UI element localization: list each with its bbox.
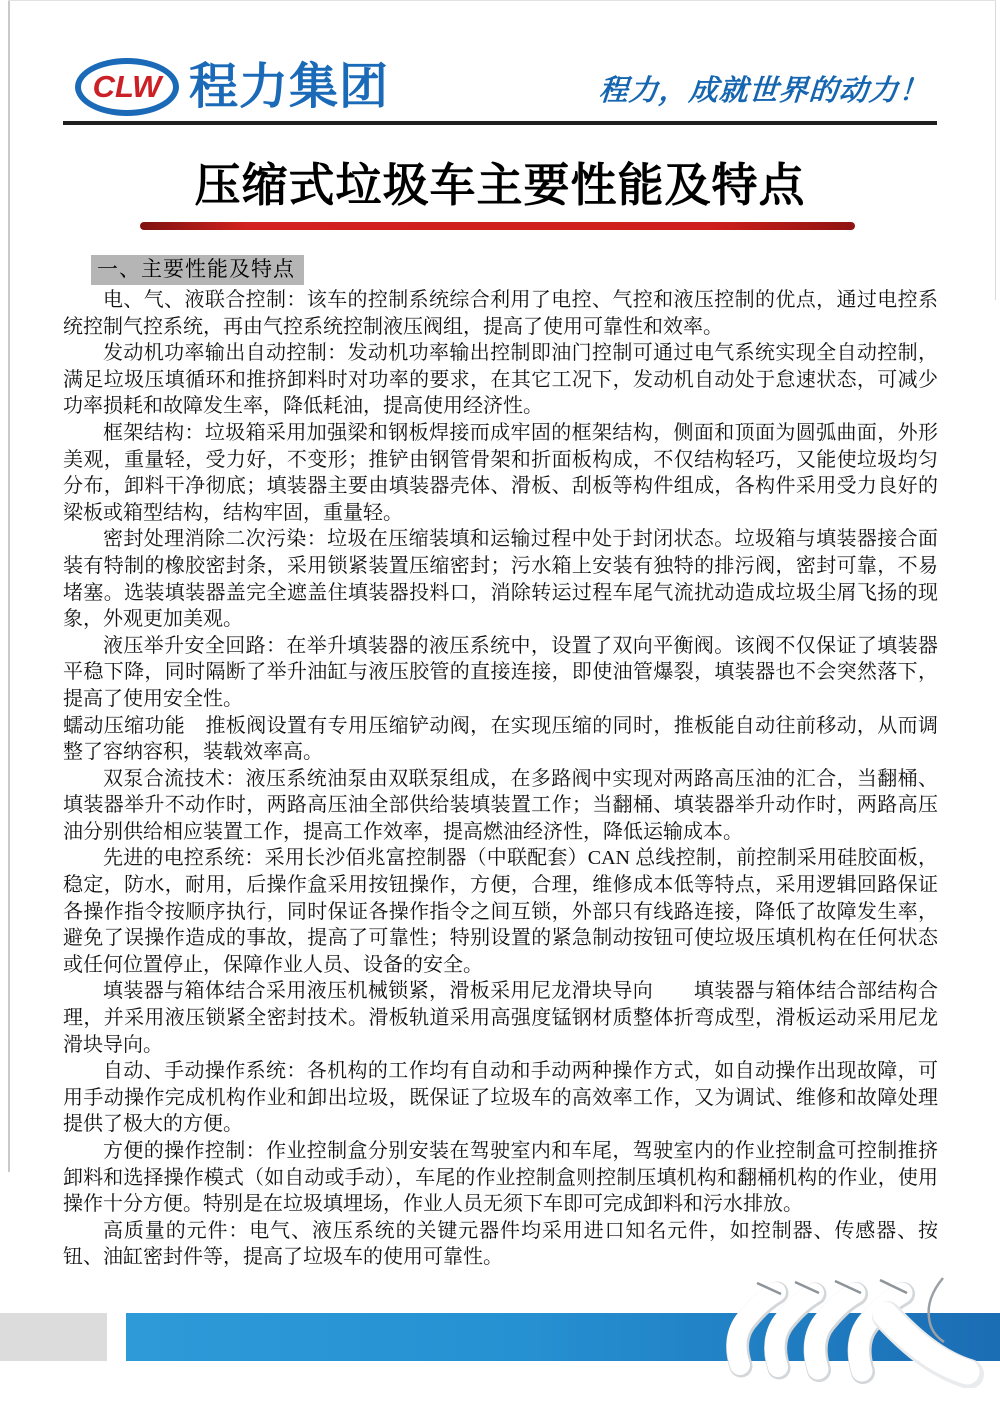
paragraph-peristaltic-compression: 蠕动压缩功能 推板阀设置有专用压缩铲动阀，在实现压缩的同时，推板能自动往前移动，… xyxy=(63,713,938,766)
paragraph-combined-control: 电、气、液联合控制：该车的控制系统综合利用了电控、气控和液压控制的优点，通过电控… xyxy=(63,287,938,340)
paragraph-electric-control: 先进的电控系统：采用长沙佰兆富控制器（中联配套）CAN 总线控制，前控制采用硅胶… xyxy=(63,845,938,978)
paragraph-filler-locking: 填装器与箱体结合采用液压机械锁紧，滑板采用尼龙滑块导向 填装器与箱体结合部结构合… xyxy=(63,978,938,1058)
logo-text: CLW xyxy=(93,69,162,105)
page-title: 压缩式垃圾车主要性能及特点 xyxy=(0,156,1000,214)
page-border-right xyxy=(995,0,996,300)
header: CLW 程力集团 程力，成就世界的动力！ xyxy=(63,52,937,120)
footer-chevron-decoration xyxy=(715,1270,985,1388)
footer-gray-bar xyxy=(0,1313,107,1361)
paragraph-hydraulic-safety: 液压举升安全回路：在举升填装器的液压系统中，设置了双向平衡阀。该阀不仅保证了填装… xyxy=(63,633,938,713)
company-logo: CLW 程力集团 xyxy=(75,58,389,116)
paragraph-quality-components: 高质量的元件：电气、液压系统的关键元器件均采用进口知名元件，如控制器、传感器、按… xyxy=(63,1218,938,1271)
paragraph-sealing: 密封处理消除二次污染：垃圾在压缩装填和运输过程中处于封闭状态。垃圾箱与填装器接合… xyxy=(63,526,938,632)
paragraph-dual-pump: 双泵合流技术：液压系统油泵由双联泵组成，在多路阀中实现对两路高压油的汇合，当翻桶… xyxy=(63,766,938,846)
section-heading: 一、主要性能及特点 xyxy=(91,255,304,285)
company-slogan: 程力，成就世界的动力！ xyxy=(598,68,931,109)
paragraph-operation-control: 方便的操作控制：作业控制盒分别安装在驾驶室内和车尾，驾驶室内的作业控制盒可控制推… xyxy=(63,1138,938,1218)
page-border-top xyxy=(8,0,996,1)
paragraph-auto-manual: 自动、手动操作系统：各机构的工作均有自动和手动两种操作方式，如自动操作出现故障，… xyxy=(63,1058,938,1138)
document-body: 电、气、液联合控制：该车的控制系统综合利用了电控、气控和液压控制的优点，通过电控… xyxy=(63,287,938,1271)
company-name: 程力集团 xyxy=(189,58,389,116)
clw-oval-logo-icon: CLW xyxy=(75,58,179,116)
paragraph-frame-structure: 框架结构：垃圾箱采用加强梁和钢板焊接而成牢固的框架结构，侧面和顶面为圆弧曲面，外… xyxy=(63,420,938,526)
header-divider xyxy=(63,121,937,125)
title-underline xyxy=(140,222,855,230)
paragraph-engine-power: 发动机功率输出自动控制：发动机功率输出控制即油门控制可通过电气系统实现全自动控制… xyxy=(63,340,938,420)
document-page: CLW 程力集团 程力，成就世界的动力！ 压缩式垃圾车主要性能及特点 一、主要性… xyxy=(0,0,1000,1414)
